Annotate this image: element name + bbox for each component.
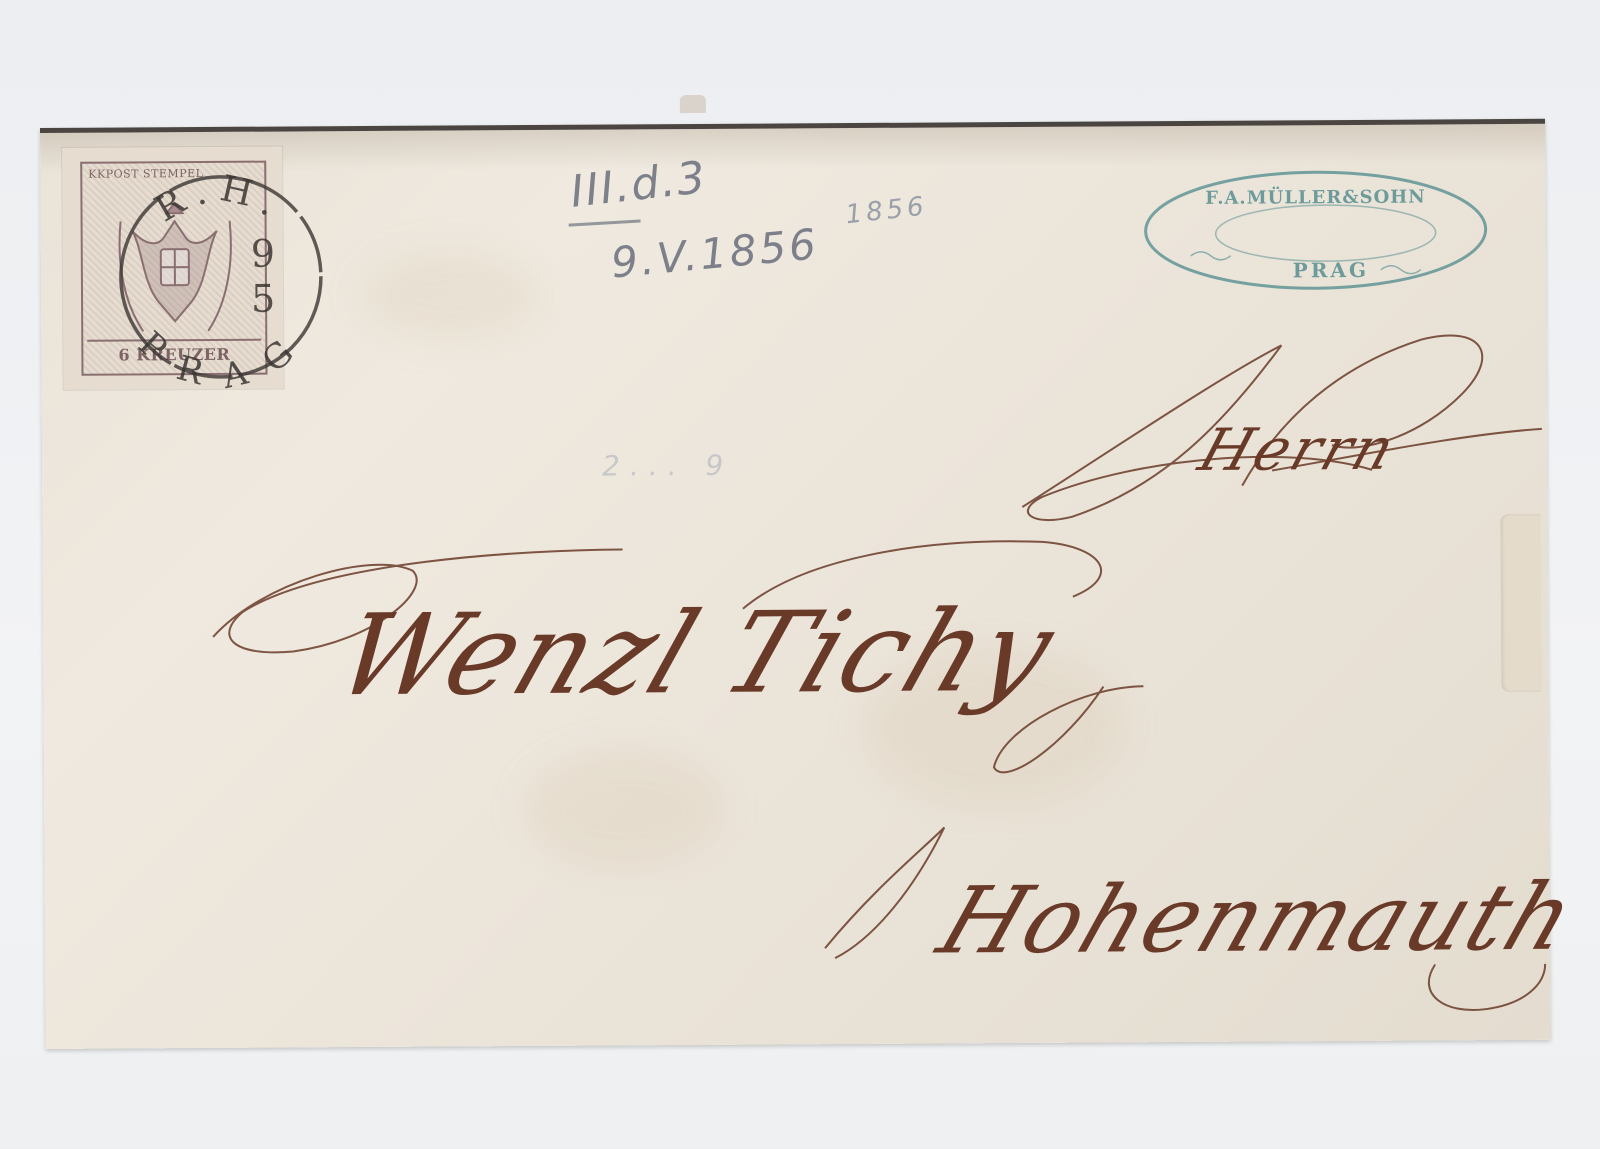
postmark-day: 9 <box>251 232 275 276</box>
firm-cachet-oval-icon: F.A.MÜLLER&SOHN PRAG <box>1140 164 1491 296</box>
paper-stain <box>524 749 725 870</box>
paper-tear <box>680 95 706 113</box>
svg-text:PRAG: PRAG <box>130 323 312 393</box>
postmark-month: 5 <box>251 277 275 321</box>
address-place: Hohenmauth <box>926 864 1590 975</box>
envelope: KKPOST STEMPEL 6 KREUZER R.H. <box>40 119 1551 1049</box>
pencil-year-note: 1856 <box>844 191 929 230</box>
pencil-faint-note: 2... 9 <box>602 449 733 483</box>
pencil-underline <box>569 219 641 226</box>
postmark-bottom-text: PRAG <box>130 323 312 393</box>
address-name: Wenzl Tichy <box>320 587 1072 722</box>
seal-tab <box>1500 514 1541 692</box>
paper-stain <box>361 250 542 341</box>
postmark-circle-icon: R.H. 9 5 PRAG <box>100 161 341 392</box>
pencil-date-note: 9.V.1856 <box>609 219 821 287</box>
pencil-reference-note: III.d.3 <box>568 152 710 218</box>
address-salutation: Herrn <box>1191 415 1405 484</box>
cachet-firm-name: F.A.MÜLLER&SOHN <box>1205 185 1426 209</box>
cachet-city: PRAG <box>1293 258 1369 282</box>
